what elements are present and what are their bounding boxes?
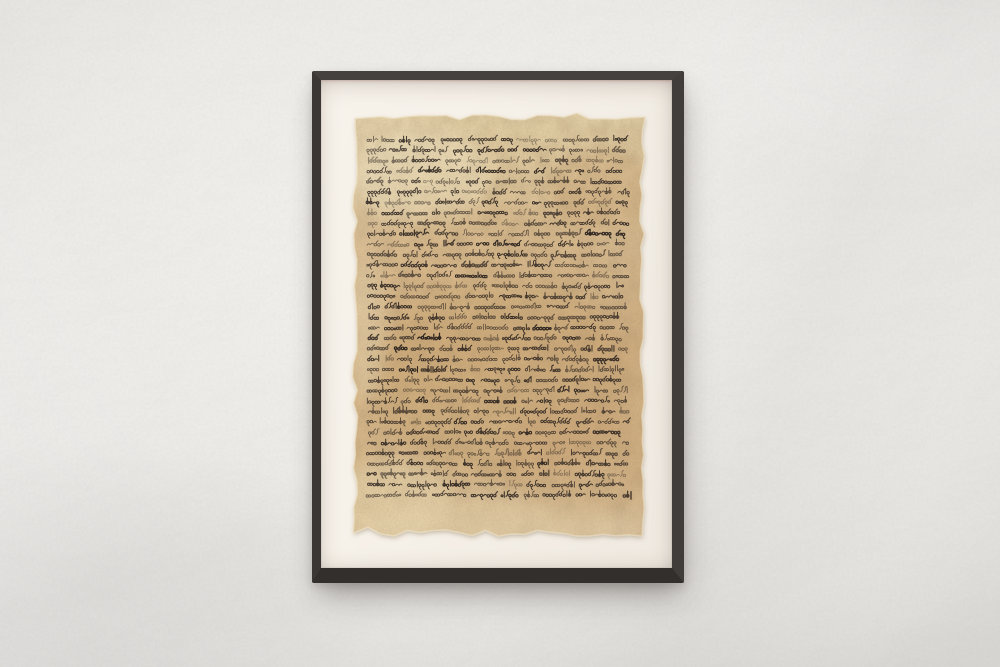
frame-mat bbox=[321, 80, 672, 568]
wall bbox=[0, 0, 1000, 667]
picture-frame bbox=[312, 71, 684, 583]
manuscript-paper bbox=[321, 80, 672, 568]
paper-grain bbox=[353, 113, 646, 536]
